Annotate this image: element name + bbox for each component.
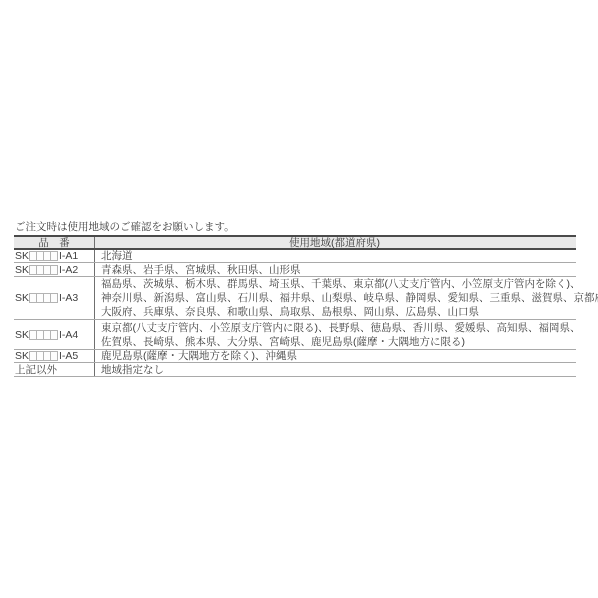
region-line: 地域指定なし — [101, 363, 574, 377]
region-line: 青森県、岩手県、宮城県、秋田県、山形県 — [101, 263, 574, 277]
placeholder-box — [50, 351, 58, 361]
other-label: 上記以外 — [15, 362, 57, 377]
region-cell: 鹿児島県(薩摩・大隅地方を除く)、沖縄県 — [95, 350, 576, 362]
part-number-cell: SK I-A5 — [14, 350, 95, 362]
part-number-cell: 上記以外 — [14, 363, 95, 376]
placeholder-box — [50, 330, 58, 340]
part-number-cell: SK I-A3 — [14, 277, 95, 319]
region-line: 東京都(八丈支庁管内、小笠原支庁管内に限る)、長野県、徳島県、香川県、愛媛県、高… — [101, 321, 581, 335]
code-prefix: SK — [15, 329, 29, 341]
code-suffix: I-A2 — [59, 264, 78, 276]
part-number-code: SK I-A1 — [15, 250, 78, 262]
code-placeholder-boxes — [30, 293, 58, 303]
part-number-cell: SK I-A1 — [14, 250, 95, 262]
region-line: 鹿児島県(薩摩・大隅地方を除く)、沖縄県 — [101, 349, 574, 363]
table-row: SK I-A5 鹿児島県(薩摩・大隅地方を除く)、沖縄県 — [14, 350, 576, 363]
table-row: SK I-A1 北海道 — [14, 250, 576, 263]
code-suffix: I-A1 — [59, 250, 78, 262]
page: ご注文時は使用地域のご確認をお願いします。 品 番 使用地域(都道府県) SK … — [0, 0, 598, 598]
region-line: 北海道 — [101, 249, 574, 263]
code-placeholder-boxes — [30, 351, 58, 361]
placeholder-box — [50, 293, 58, 303]
region-cell: 東京都(八丈支庁管内、小笠原支庁管内に限る)、長野県、徳島県、香川県、愛媛県、高… — [95, 320, 583, 349]
placeholder-box — [50, 251, 58, 261]
table-row: 上記以外 地域指定なし — [14, 363, 576, 377]
region-line: 大阪府、兵庫県、奈良県、和歌山県、鳥取県、島根県、岡山県、広島県、山口県 — [101, 305, 598, 319]
table-row: SK I-A3 福島県、茨城県、栃木県、群馬県、埼玉県、千葉県、東京都(八丈支庁… — [14, 277, 576, 320]
part-number-code: SK I-A3 — [15, 292, 78, 304]
code-placeholder-boxes — [30, 251, 58, 261]
region-cell: 福島県、茨城県、栃木県、群馬県、埼玉県、千葉県、東京都(八丈支庁管内、小笠原支庁… — [95, 277, 598, 319]
part-number-cell: SK I-A2 — [14, 263, 95, 276]
placeholder-box — [50, 265, 58, 275]
code-prefix: SK — [15, 292, 29, 304]
code-placeholder-boxes — [30, 330, 58, 340]
usage-region-table: 品 番 使用地域(都道府県) SK I-A1 北海道 SK I-A2 — [14, 235, 576, 377]
table-row: SK I-A4 東京都(八丈支庁管内、小笠原支庁管内に限る)、長野県、徳島県、香… — [14, 320, 576, 350]
region-line: 福島県、茨城県、栃木県、群馬県、埼玉県、千葉県、東京都(八丈支庁管内、小笠原支庁… — [101, 277, 598, 291]
code-suffix: I-A5 — [59, 350, 78, 362]
region-cell: 青森県、岩手県、宮城県、秋田県、山形県 — [95, 263, 576, 276]
code-prefix: SK — [15, 350, 29, 362]
part-number-code: SK I-A4 — [15, 329, 78, 341]
part-number-cell: SK I-A4 — [14, 320, 95, 349]
code-suffix: I-A3 — [59, 292, 78, 304]
region-line: 神奈川県、新潟県、富山県、石川県、福井県、山梨県、岐阜県、静岡県、愛知県、三重県… — [101, 291, 598, 305]
header-cell-region: 使用地域(都道府県) — [95, 237, 576, 248]
code-placeholder-boxes — [30, 265, 58, 275]
code-prefix: SK — [15, 250, 29, 262]
region-cell: 北海道 — [95, 250, 576, 262]
region-line: 佐賀県、長崎県、熊本県、大分県、宮崎県、鹿児島県(薩摩・大隅地方に限る) — [101, 335, 581, 349]
part-number-code: SK I-A2 — [15, 264, 78, 276]
part-number-code: SK I-A5 — [15, 350, 78, 362]
header-cell-part-number: 品 番 — [14, 237, 95, 248]
order-note-text: ご注文時は使用地域のご確認をお願いします。 — [15, 221, 235, 233]
table-row: SK I-A2 青森県、岩手県、宮城県、秋田県、山形県 — [14, 263, 576, 277]
code-prefix: SK — [15, 264, 29, 276]
code-suffix: I-A4 — [59, 329, 78, 341]
region-cell: 地域指定なし — [95, 363, 576, 376]
